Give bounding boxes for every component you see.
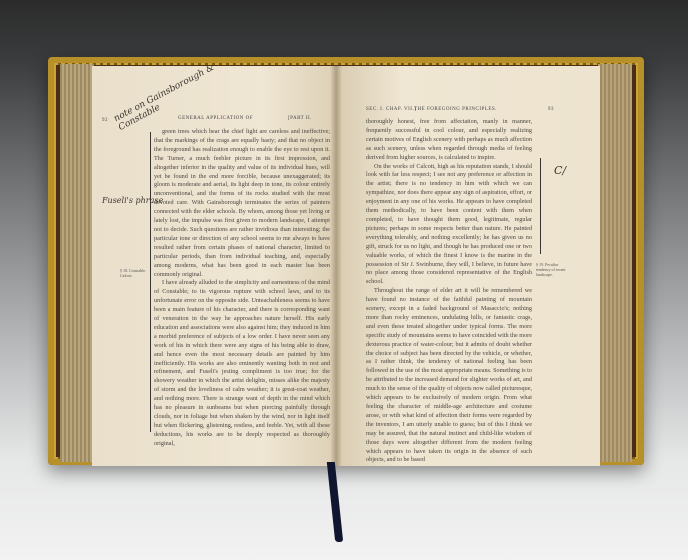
side-note: § 19. Peculiar tendency of recent landsc…	[536, 262, 570, 277]
paragraph: Throughout the range of elder art it wil…	[366, 287, 532, 465]
page-number: 93	[548, 107, 554, 112]
paragraph: On the works of Calcott, high as his rep…	[366, 163, 532, 288]
page-block-right	[598, 64, 632, 462]
paragraph: thoroughly honest, free from affectation…	[366, 118, 532, 163]
page-number: 92	[102, 118, 108, 123]
running-head: THE FOREGOING PRINCIPLES.	[414, 107, 497, 112]
margin-line	[540, 158, 541, 254]
right-page: SEC. I. CHAP. VII.] THE FOREGOING PRINCI…	[336, 66, 600, 466]
right-page-text: thoroughly honest, free from affectation…	[366, 118, 532, 465]
book-gutter	[330, 66, 342, 466]
paragraph: I have already alluded to the simplicity…	[154, 279, 330, 448]
chapter-label: SEC. I. CHAP. VII.]	[366, 107, 416, 112]
paragraph: green trees which bear the chief light a…	[154, 128, 330, 279]
handwritten-margin-note: Fuseli's phrase	[102, 196, 163, 205]
left-page-text: green trees which bear the chief light a…	[154, 128, 330, 449]
margin-line	[150, 132, 151, 432]
handwritten-note-top: note on Gainsborough & Constable	[112, 66, 227, 133]
bookmark-ribbon	[327, 462, 343, 542]
page-block-left	[60, 64, 94, 462]
left-page: note on Gainsborough & Constable 92 GENE…	[92, 66, 336, 466]
side-note: § 18. Constable. Calcott.	[120, 268, 150, 278]
part-label: [PART II.	[288, 116, 312, 121]
handwritten-margin-note: C/	[554, 164, 566, 177]
running-head: GENERAL APPLICATION OF	[178, 116, 253, 121]
